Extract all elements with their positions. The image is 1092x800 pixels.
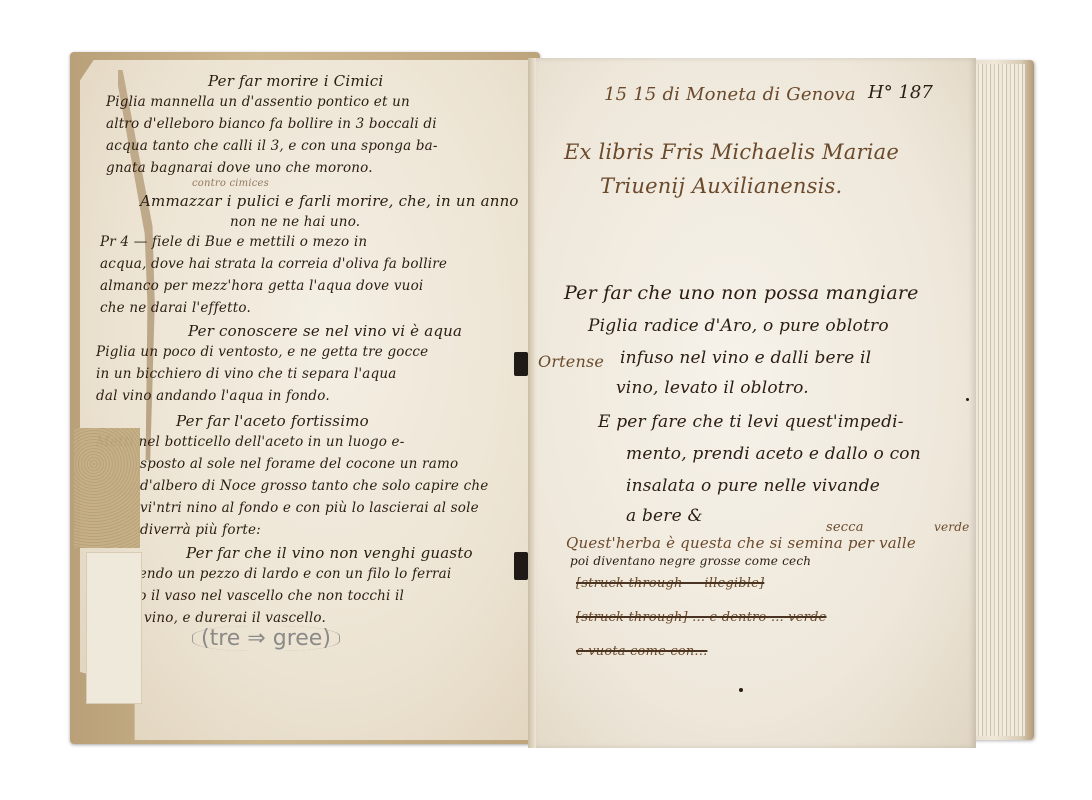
pencil-annotation-text: (tre ⇒ gree) bbox=[201, 626, 331, 651]
faint-note: contro cimices bbox=[192, 178, 269, 189]
recipe-heading: Per far che uno non possa mangiare bbox=[564, 282, 919, 304]
text-line: vino, e durerai il vascello. bbox=[144, 610, 326, 626]
text-line: in un bicchiero di vino che ti separa l'… bbox=[96, 366, 396, 382]
price-inscription: 15 15 di Moneta di Genova bbox=[604, 84, 856, 105]
text-line: vino, levato il oblotro. bbox=[616, 378, 809, 398]
section-heading: Per far l'aceto fortissimo bbox=[176, 412, 369, 430]
text-line: altro d'elleboro bianco fa bollire in 3 … bbox=[106, 116, 437, 132]
text-line: Metti nel botticello dell'aceto in un lu… bbox=[96, 434, 404, 450]
ink-spot bbox=[966, 398, 969, 401]
text-line: Piglia un poco di ventosto, e ne getta t… bbox=[96, 344, 428, 360]
text-line: almanco per mezz'hora getta l'aqua dove … bbox=[100, 278, 423, 294]
text-line: E per fare che ti levi quest'impedi- bbox=[598, 412, 904, 432]
text-line: Piglia mannella un d'assentio pontico et… bbox=[106, 94, 410, 110]
ex-libris-line-1: Ex libris Fris Michaelis Mariae bbox=[564, 140, 899, 164]
section-heading: Ammazzar i pulici e farli morire, che, i… bbox=[140, 192, 519, 210]
addendum-line: poi diventano negre grosse come cech bbox=[570, 554, 811, 568]
paper-repair-strip bbox=[86, 552, 142, 704]
text-line: non ne ne hai uno. bbox=[230, 214, 360, 230]
section-heading: Per far che il vino non venghi guasto bbox=[186, 544, 473, 562]
text-line: infuso nel vino e dalli bere il bbox=[620, 348, 871, 368]
text-line: d'albero di Noce grosso tanto che solo c… bbox=[140, 478, 488, 494]
ex-libris-line-2: Triuenij Auxilianensis. bbox=[600, 174, 842, 198]
open-manuscript: Per far morire i Cimici Piglia mannella … bbox=[70, 52, 1035, 752]
text-line: acqua tanto che calli il 3, e con una sp… bbox=[106, 138, 438, 154]
text-line: vi'ntri nino al fondo e con più lo lasci… bbox=[140, 500, 479, 516]
section-heading: Per far morire i Cimici bbox=[208, 72, 383, 90]
page-block-fore-edge bbox=[975, 64, 1025, 736]
text-line: tenendo un pezzo di lardo e con un filo … bbox=[116, 566, 451, 582]
text-line: gnata bagnarai dove uno che morono. bbox=[106, 160, 373, 176]
struck-line: e vuota come con... bbox=[576, 644, 707, 659]
section-heading: Per conoscere se nel vino vi è aqua bbox=[188, 322, 462, 340]
ink-spot bbox=[739, 688, 743, 692]
text-line: sposto al sole nel forame del cocone un … bbox=[140, 456, 458, 472]
text-line: dal vino andando l'aqua in fondo. bbox=[96, 388, 330, 404]
struck-line: [struck through — illegible] bbox=[576, 576, 764, 591]
addendum-line: Quest'herba è questa che si semina per v… bbox=[566, 534, 916, 552]
text-line: Pr 4 — fiele di Bue e mettili o mezo in bbox=[100, 234, 367, 250]
pencil-annotation: (tre ⇒ gree) bbox=[192, 626, 340, 651]
folio-number: H° 187 bbox=[868, 82, 933, 103]
text-line: acqua, dove hai strata la correia d'oliv… bbox=[100, 256, 447, 272]
text-line: mento, prendi aceto e dallo o con bbox=[626, 444, 921, 464]
text-line: a bere & bbox=[626, 506, 703, 526]
text-line: diverrà più forte: bbox=[140, 522, 261, 538]
struck-line: [struck through] ... e dentro ... verde bbox=[576, 610, 827, 625]
interlinear-note: secca bbox=[826, 520, 864, 535]
repair-tape bbox=[74, 428, 140, 548]
left-page: Per far morire i Cimici Piglia mannella … bbox=[80, 60, 535, 740]
right-page: 15 15 di Moneta di Genova H° 187 Ex libr… bbox=[536, 58, 976, 748]
interlinear-note: verde bbox=[934, 520, 969, 534]
margin-note: Ortense bbox=[538, 352, 604, 371]
text-line: insalata o pure nelle vivande bbox=[626, 476, 880, 496]
text-line: che ne darai l'effetto. bbox=[100, 300, 251, 316]
text-line: dentro il vaso nel vascello che non tocc… bbox=[100, 588, 404, 604]
text-line: Piglia radice d'Aro, o pure oblotro bbox=[588, 316, 889, 336]
